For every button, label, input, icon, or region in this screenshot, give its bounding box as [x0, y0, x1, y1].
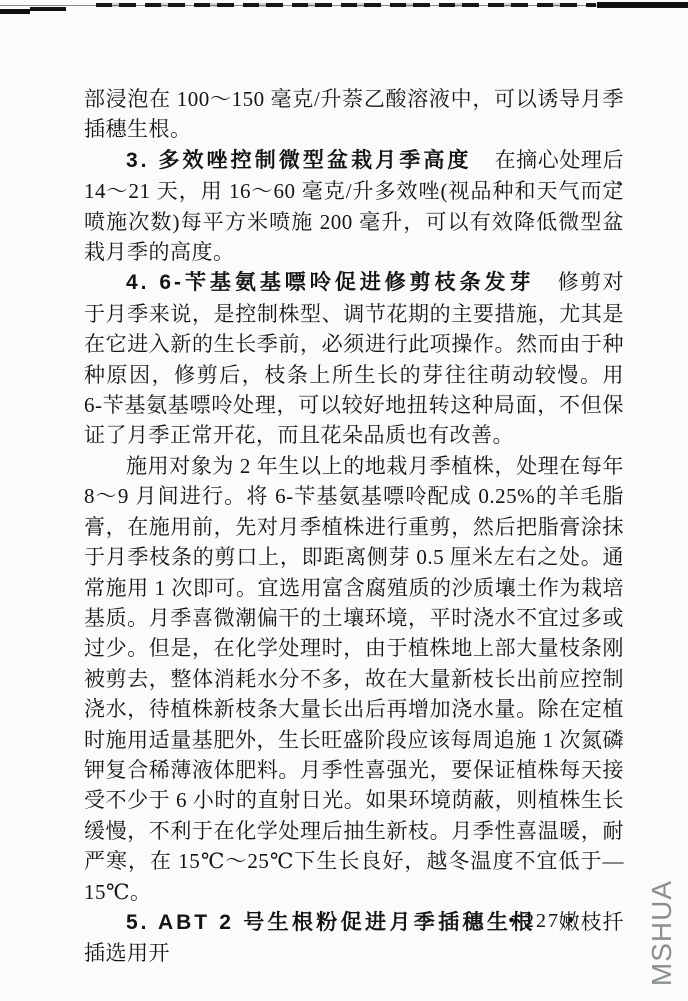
paragraph-text: 部浸泡在 100～150 毫克/升萘乙酸溶液中，可以诱导月季插穗生根。 [84, 87, 624, 141]
section-heading-3: 3. 多效唑控制微型盆栽月季高度 [126, 149, 472, 172]
scan-artifact-dashes [96, 3, 596, 7]
scan-artifact-bar [30, 7, 66, 11]
scan-artifact-bar [597, 2, 688, 8]
body-text: 部浸泡在 100～150 毫克/升萘乙酸溶液中，可以诱导月季插穗生根。 3. 多… [84, 84, 624, 969]
paragraph-section-4: 4. 6-苄基氨基嘌呤促进修剪枝条发芽修剪对于月季来说，是控制株型、调节花期的主… [84, 267, 624, 450]
paragraph-application: 施用对象为 2 年生以上的地栽月季植株，处理在每年8～9 月间进行。将 6-苄基… [84, 451, 624, 907]
page-number: • 227 • [452, 910, 632, 933]
paragraph-text: 修剪对于月季来说，是控制株型、调节花期的主要措施，尤其是在它进入新的生长季前，必… [84, 270, 624, 447]
section-heading-4: 4. 6-苄基氨基嘌呤促进修剪枝条发芽 [126, 271, 534, 294]
scanned-page: 部浸泡在 100～150 毫克/升萘乙酸溶液中，可以诱导月季插穗生根。 3. 多… [0, 0, 688, 1001]
paragraph-text: 施用对象为 2 年生以上的地栽月季植株，处理在每年8～9 月间进行。将 6-苄基… [84, 454, 624, 904]
watermark-text: MSHUA [646, 880, 678, 986]
paragraph-continued: 部浸泡在 100～150 毫克/升萘乙酸溶液中，可以诱导月季插穗生根。 [84, 84, 624, 145]
scan-artifact-bar [0, 9, 30, 14]
paragraph-section-3: 3. 多效唑控制微型盆栽月季高度在摘心处理后 14～21 天，用 16～60 毫… [84, 145, 624, 268]
